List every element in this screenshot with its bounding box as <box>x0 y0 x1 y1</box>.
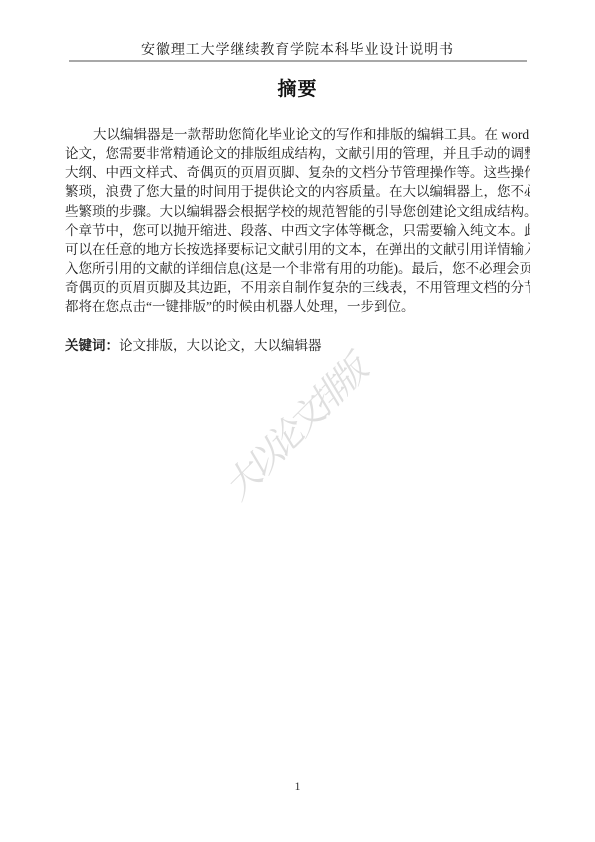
abstract-line: 个章节中，您可以抛开缩进、段落、中西文字体等概念，只需要输入纯文本。此外，您 <box>65 221 530 240</box>
abstract-line: 大以编辑器是一款帮助您简化毕业论文的写作和排版的编辑工具。在 word 上编辑 <box>65 125 530 144</box>
page-number: 1 <box>0 779 595 794</box>
abstract-line: 可以在任意的地方长按选择要标记文献引用的文本，在弹出的文献引用详情输入框中录 <box>65 240 530 259</box>
abstract-line: 奇偶页的页眉页脚及其边距，不用亲自制作复杂的三线表，不用管理文档的分节。这些 <box>65 278 530 297</box>
abstract-line: 繁琐，浪费了您大量的时间用于提供论文的内容质量。在大以编辑器上，您不必忍受这 <box>65 182 530 201</box>
abstract-line: 些繁琐的步骤。大以编辑器会根据学校的规范智能的引导您创建论文组成结构。在每一 <box>65 202 530 221</box>
header-rule <box>69 60 527 62</box>
abstract-line: 论文，您需要非常精通论文的排版组成结构，文献引用的管理，并且手动的调整段落、 <box>65 144 530 163</box>
document-page: 安徽理工大学继续教育学院本科毕业设计说明书 摘要 大以编辑器是一款帮助您简化毕业… <box>0 0 595 842</box>
abstract-line: 大纲、中西文样式、奇偶页的页眉页脚、复杂的文档分节管理操作等。这些操作非常的 <box>65 163 530 182</box>
abstract-line: 都将在您点击“一键排版”的时候由机器人处理，一步到位。 <box>65 297 530 316</box>
keywords-label: 关键词： <box>65 338 119 353</box>
page-header-text: 安徽理工大学继续教育学院本科毕业设计说明书 <box>0 43 595 59</box>
keywords-line: 关键词：论文排版，大以论文，大以编辑器 <box>65 336 530 355</box>
keywords-value: 论文排版，大以论文，大以编辑器 <box>119 338 322 353</box>
abstract-line: 入您所引用的文献的详细信息(这是一个非常有用的功能)。最后，您不必理会页边距， <box>65 259 530 278</box>
diagonal-watermark: 大以论文排版 <box>212 347 375 510</box>
abstract-paragraph: 大以编辑器是一款帮助您简化毕业论文的写作和排版的编辑工具。在 word 上编辑论… <box>65 125 530 316</box>
abstract-title: 摘要 <box>0 79 595 101</box>
